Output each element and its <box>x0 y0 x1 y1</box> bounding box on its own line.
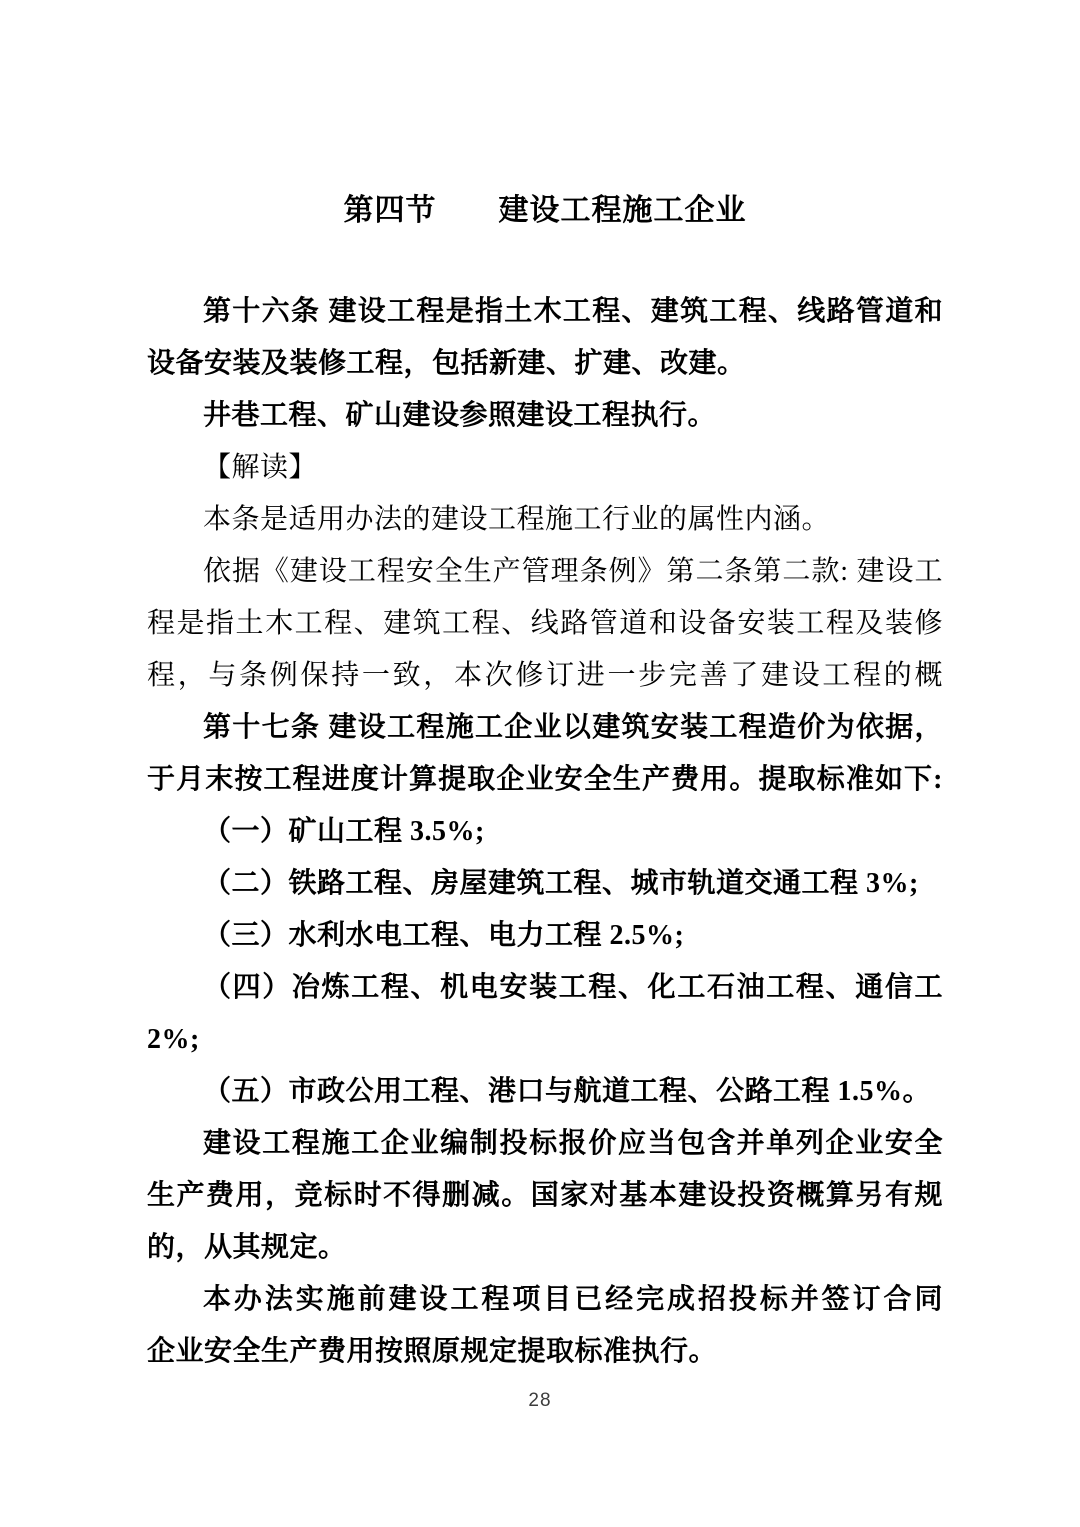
document-line: 本条是适用办法的建设工程施工行业的属性内涵。 <box>147 494 943 546</box>
document-line: 依据《建设工程安全生产管理条例》第二条第二款: 建设工 <box>147 546 943 598</box>
page-number: 28 <box>0 1390 1080 1412</box>
document-line: （一）矿山工程 3.5%; <box>147 806 943 858</box>
document-line: 企业安全生产费用按照原规定提取标准执行。 <box>147 1326 943 1378</box>
document-line: 【解读】 <box>147 442 943 494</box>
document-line: 的，从其规定。 <box>147 1222 943 1274</box>
document-line: （三）水利水电工程、电力工程 2.5%; <box>147 910 943 962</box>
document-line: 设备安装及装修工程，包括新建、扩建、改建。 <box>147 338 943 390</box>
document-line: 第十七条 建设工程施工企业以建筑安装工程造价为依据， <box>147 702 943 754</box>
document-line: 程是指土木工程、建筑工程、线路管道和设备安装工程及装修工 <box>147 598 943 650</box>
document-line: 程，与条例保持一致，本次修订进一步完善了建设工程的概念。 <box>147 650 943 702</box>
document-line: 生产费用，竞标时不得删减。国家对基本建设投资概算另有规定 <box>147 1170 943 1222</box>
document-line: （四）冶炼工程、机电安装工程、化工石油工程、通信工程 <box>147 962 943 1014</box>
document-page: 第四节 建设工程施工企业 第十六条 建设工程是指土木工程、建筑工程、线路管道和设… <box>0 0 1080 1527</box>
document-line: （五）市政公用工程、港口与航道工程、公路工程 1.5%。 <box>147 1066 943 1118</box>
document-line: 2%; <box>147 1014 943 1066</box>
document-line: 本办法实施前建设工程项目已经完成招投标并签订合同的， <box>147 1274 943 1326</box>
document-line: （二）铁路工程、房屋建筑工程、城市轨道交通工程 3%; <box>147 858 943 910</box>
section-title: 第四节 建设工程施工企业 <box>147 190 943 232</box>
document-line: 于月末按工程进度计算提取企业安全生产费用。提取标准如下: <box>147 754 943 806</box>
document-line: 建设工程施工企业编制投标报价应当包含并单列企业安全 <box>147 1118 943 1170</box>
document-body: 第十六条 建设工程是指土木工程、建筑工程、线路管道和设备安装及装修工程，包括新建… <box>147 286 943 1378</box>
document-line: 第十六条 建设工程是指土木工程、建筑工程、线路管道和 <box>147 286 943 338</box>
document-line: 井巷工程、矿山建设参照建设工程执行。 <box>147 390 943 442</box>
